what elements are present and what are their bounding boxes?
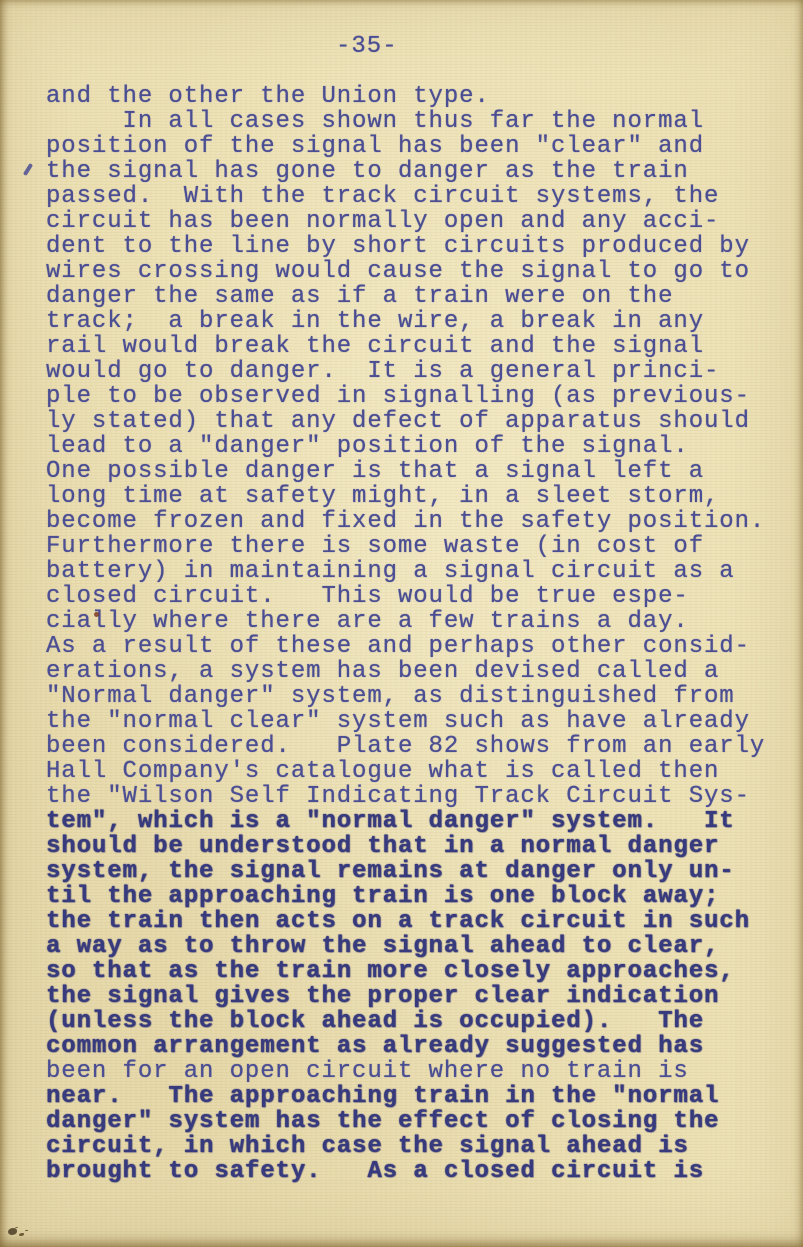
text-line: become frozen and fixed in the safety po…: [46, 509, 786, 534]
text-line: As a result of these and perhaps other c…: [46, 634, 786, 659]
text-line: rail would break the circuit and the sig…: [46, 334, 786, 359]
text-line: been for an open circuit where no train …: [46, 1059, 786, 1084]
text-line: (unless the block ahead is occupied). Th…: [46, 1009, 786, 1034]
text-line: Hall Company's catalogue what is called …: [46, 759, 786, 784]
text-line: and the other the Union type.: [46, 84, 786, 109]
text-line: should be understood that in a normal da…: [46, 834, 786, 859]
text-line: One possible danger is that a signal lef…: [46, 459, 786, 484]
text-line: the signal has gone to danger as the tra…: [46, 159, 786, 184]
text-line: been considered. Plate 82 shows from an …: [46, 734, 786, 759]
text-line: brought to safety. As a closed circuit i…: [46, 1159, 786, 1184]
text-line: the train then acts on a track circuit i…: [46, 909, 786, 934]
text-line: the "normal clear" system such as have a…: [46, 709, 786, 734]
text-line: circuit has been normally open and any a…: [46, 209, 786, 234]
text-line: "Normal danger" system, as distinguished…: [46, 684, 786, 709]
text-line: closed circuit. This would be true espe-: [46, 584, 786, 609]
text-line: erations, a system has been devised call…: [46, 659, 786, 684]
text-line: battery) in maintaining a signal circuit…: [46, 559, 786, 584]
text-line: so that as the train more closely approa…: [46, 959, 786, 984]
text-line: danger the same as if a train were on th…: [46, 284, 786, 309]
scanned-document-page: -35- and the other the Union type. In al…: [0, 0, 803, 1247]
ink-dot-mark: [94, 612, 99, 617]
text-line: long time at safety might, in a sleet st…: [46, 484, 786, 509]
bottom-left-speck-mark: [8, 1228, 17, 1235]
text-line: position of the signal has been "clear" …: [46, 134, 786, 159]
text-line: Furthermore there is some waste (in cost…: [46, 534, 786, 559]
text-line: common arrangement as already suggested …: [46, 1034, 786, 1059]
text-line: system, the signal remains at danger onl…: [46, 859, 786, 884]
text-line: cially where there are a few trains a da…: [46, 609, 786, 634]
text-line: a way as to throw the signal ahead to cl…: [46, 934, 786, 959]
text-line: wires crossing would cause the signal to…: [46, 259, 786, 284]
text-line: dent to the line by short circuits produ…: [46, 234, 786, 259]
text-line: would go to danger. It is a general prin…: [46, 359, 786, 384]
text-line: ple to be observed in signalling (as pre…: [46, 384, 786, 409]
margin-tick-mark: [23, 163, 33, 176]
text-line: circuit, in which case the signal ahead …: [46, 1134, 786, 1159]
text-line: danger" system has the effect of closing…: [46, 1109, 786, 1134]
typewritten-text-block: and the other the Union type. In all cas…: [46, 84, 786, 1184]
text-line: the signal gives the proper clear indica…: [46, 984, 786, 1009]
text-line: In all cases shown thus far the normal: [46, 109, 786, 134]
text-line: til the approaching train is one block a…: [46, 884, 786, 909]
text-line: ly stated) that any defect of apparatus …: [46, 409, 786, 434]
page-number: -35-: [336, 33, 398, 60]
text-line: tem", which is a "normal danger" system.…: [46, 809, 786, 834]
text-line: track; a break in the wire, a break in a…: [46, 309, 786, 334]
text-line: lead to a "danger" position of the signa…: [46, 434, 786, 459]
text-line: near. The approaching train in the "norm…: [46, 1084, 786, 1109]
text-line: the "Wilson Self Indicating Track Circui…: [46, 784, 786, 809]
text-line: passed. With the track circuit systems, …: [46, 184, 786, 209]
